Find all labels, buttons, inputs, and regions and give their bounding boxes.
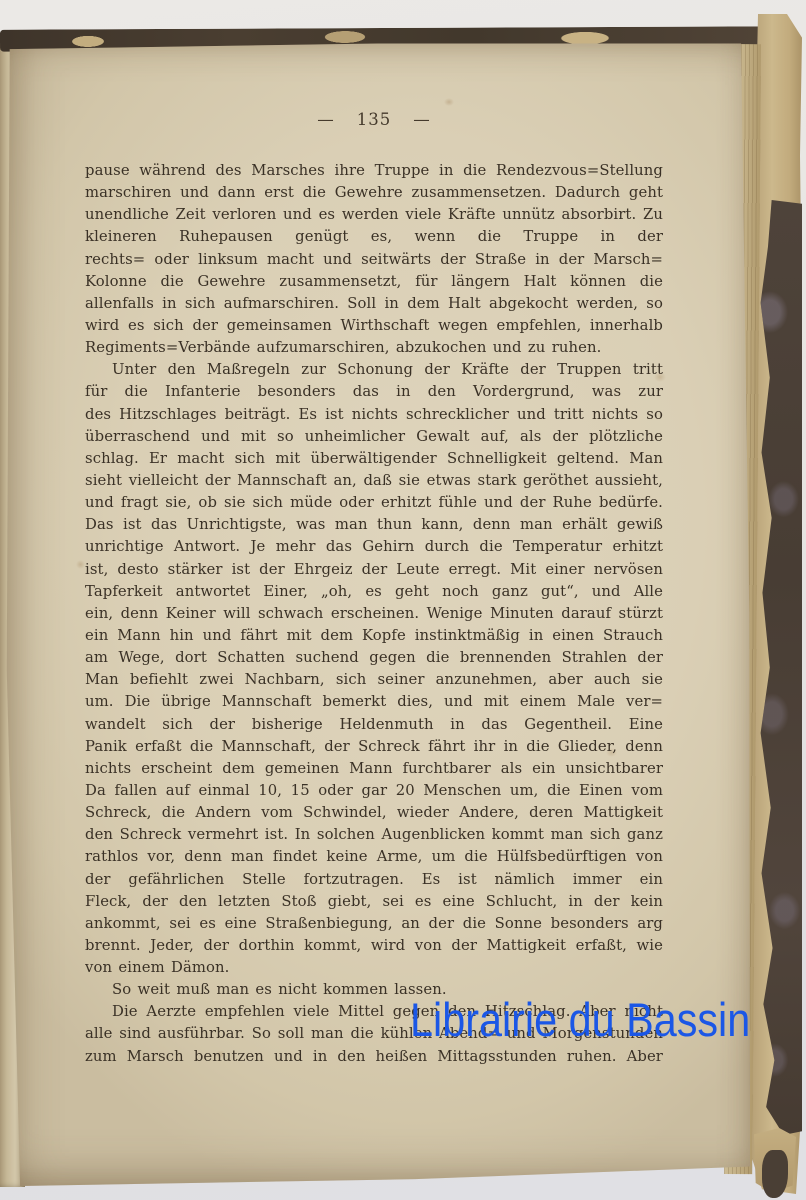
text-line: brennt. Jeder, der dorthin kommt, wird v…	[85, 935, 663, 957]
watermark: Librairie du Bassin	[410, 992, 750, 1047]
page-number: 135	[357, 110, 392, 129]
text-line: marschiren und dann erst die Gewehre zus…	[85, 182, 663, 204]
text-line: Das ist das Unrichtigste, was man thun k…	[85, 514, 663, 536]
text-line: Fleck, der den letzten Stoß giebt, sei e…	[85, 891, 663, 913]
book-cover-right-bottom-tip	[762, 1150, 788, 1198]
text-line: und fragt sie, ob sie sich müde oder erh…	[85, 492, 663, 514]
text-line: wird es sich der gemeinsamen Wirthschaft…	[85, 315, 663, 337]
text-line: des Hitzschlages beiträgt. Es ist nichts…	[85, 404, 663, 426]
text-line: Kolonne die Gewehre zusammensetzt, für l…	[85, 271, 663, 293]
text-line: kleineren Ruhepausen genügt es, wenn die…	[85, 226, 663, 248]
text-line: schlag. Er macht sich mit überwältigende…	[85, 448, 663, 470]
text-line: sieht vielleicht der Mannschaft an, daß …	[85, 470, 663, 492]
text-line: rechts= oder linksum macht und seitwärts…	[85, 249, 663, 271]
body-text: pause während des Marsches ihre Truppe i…	[85, 160, 663, 1068]
text-line: Tapferkeit antwortet Einer, „oh, es geht…	[85, 581, 663, 603]
text-line: ankommt, sei es eine Straßenbiegung, an …	[85, 913, 663, 935]
text-line: der gefährlichen Stelle fortzutragen. Es…	[85, 869, 663, 891]
text-line: allenfalls in sich aufmarschiren. Soll i…	[85, 293, 663, 315]
text-line: rathlos vor, denn man findet keine Arme,…	[85, 846, 663, 868]
text-line: Regiments=Verbände aufzumarschiren, abzu…	[85, 337, 663, 359]
text-line: für die Infanterie besonders das in den …	[85, 381, 663, 403]
text-line: unendliche Zeit verloren und es werden v…	[85, 204, 663, 226]
text-line: Da fallen auf einmal 10, 15 oder gar 20 …	[85, 780, 663, 802]
text-line: Panik erfaßt die Mannschaft, der Schreck…	[85, 736, 663, 758]
header-dash-right: —	[413, 110, 431, 129]
foxing-spot	[76, 560, 85, 569]
page-header: — 135 —	[85, 110, 663, 129]
book-photo: — 135 — pause während des Marsches ihre …	[0, 0, 806, 1200]
text-line: nichts erscheint dem gemeinen Mann furch…	[85, 758, 663, 780]
text-line: unrichtige Antwort. Je mehr das Gehirn d…	[85, 536, 663, 558]
text-line: Schreck, die Andern vom Schwindel, wiede…	[85, 802, 663, 824]
text-line: ein, denn Keiner will schwach erscheinen…	[85, 603, 663, 625]
text-line: überraschend und mit so unheimlicher Gew…	[85, 426, 663, 448]
header-dash-left: —	[317, 110, 335, 129]
text-line: am Wege, dort Schatten suchend gegen die…	[85, 647, 663, 669]
text-line: den Schreck vermehrt ist. In solchen Aug…	[85, 824, 663, 846]
text-line: von einem Dämon.	[85, 957, 663, 979]
text-line: um. Die übrige Mannschaft bemerkt dies, …	[85, 691, 663, 713]
text-line: pause während des Marsches ihre Truppe i…	[85, 160, 663, 182]
text-line: ist, desto stärker ist der Ehrgeiz der L…	[85, 559, 663, 581]
foxing-spot	[444, 98, 454, 106]
text-line: Unter den Maßregeln zur Schonung der Krä…	[85, 359, 663, 381]
text-line: wandelt sich der bisherige Heldenmuth in…	[85, 714, 663, 736]
text-line: ein Mann hin und fährt mit dem Kopfe ins…	[85, 625, 663, 647]
text-line: zum Marsch benutzen und in den heißen Mi…	[85, 1046, 663, 1068]
text-line: Man befiehlt zwei Nachbarn, sich seiner …	[85, 669, 663, 691]
